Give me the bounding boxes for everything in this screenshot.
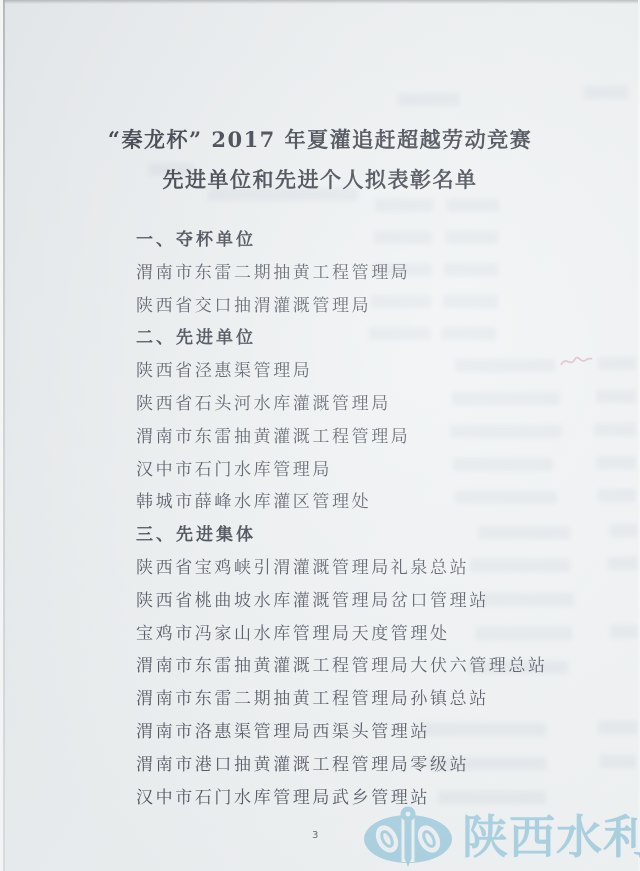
title-line-2: 先进单位和先进个人拟表彰名单 (0, 160, 640, 200)
list-item: 渭南市洛惠渠管理局西渠头管理站 (136, 716, 548, 749)
watermark: 陕西水利 (360, 806, 640, 868)
section-2-heading: 二、先进单位 (136, 322, 548, 355)
shaanxi-water-logo-icon (360, 806, 456, 868)
title-line-1: “秦龙杯” 2017 年夏灌追赶超越劳动竞赛 (0, 120, 640, 160)
list-item: 渭南市东雷二期抽黄工程管理局 (136, 257, 548, 290)
scanned-document-page: “秦龙杯” 2017 年夏灌追赶超越劳动竞赛 先进单位和先进个人拟表彰名单 一、… (0, 0, 640, 871)
section-1-heading: 一、夺杯单位 (136, 224, 548, 257)
list-item: 陕西省交口抽渭灌溉管理局 (136, 290, 548, 323)
document-body: 一、夺杯单位 渭南市东雷二期抽黄工程管理局 陕西省交口抽渭灌溉管理局 二、先进单… (136, 224, 548, 814)
list-item: 陕西省石头河水库灌溉管理局 (136, 388, 548, 421)
list-item: 渭南市东雷二期抽黄工程管理局孙镇总站 (136, 683, 548, 716)
list-item: 韩城市薛峰水库灌区管理处 (136, 486, 548, 519)
list-item: 陕西省泾惠渠管理局 (136, 355, 548, 388)
document-title: “秦龙杯” 2017 年夏灌追赶超越劳动竞赛 先进单位和先进个人拟表彰名单 (0, 120, 640, 200)
list-item: 渭南市港口抽黄灌溉工程管理局零级站 (136, 749, 548, 782)
watermark-text: 陕西水利 (462, 807, 640, 867)
list-item: 渭南市东雷抽黄灌溉工程管理局 (136, 421, 548, 454)
list-item: 陕西省宝鸡峡引渭灌溉管理局礼泉总站 (136, 552, 548, 585)
list-item: 陕西省桃曲坡水库灌溉管理局岔口管理站 (136, 585, 548, 618)
section-3-heading: 三、先进集体 (136, 519, 548, 552)
scan-top-edge (0, 0, 640, 4)
pink-pen-mark (558, 348, 594, 374)
list-item: 汉中市石门水库管理局 (136, 454, 548, 487)
list-item: 宝鸡市冯家山水库管理局天度管理处 (136, 618, 548, 651)
page-number: 3 (312, 830, 318, 841)
list-item: 渭南市东雷抽黄灌溉工程管理局大伏六管理总站 (136, 650, 548, 683)
